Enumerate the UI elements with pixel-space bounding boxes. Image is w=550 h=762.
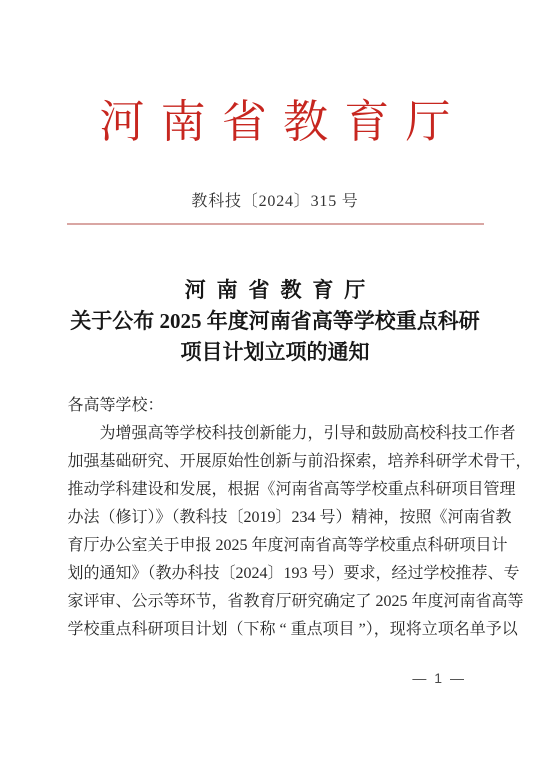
body-line: 学校重点科研项目计划（下称 “ 重点项目 ”），现将立项名单予以: [68, 616, 483, 644]
document-body: 各高等学校： 为增强高等学校科技创新能力，引导和鼓励高校科技工作者 加强基础研究…: [68, 392, 483, 644]
document-title-line2: 关于公布 2025 年度河南省高等学校重点科研: [0, 306, 550, 337]
body-line: 加强基础研究、开展原始性创新与前沿探索，培养科研学术骨干，: [68, 448, 483, 476]
body-line: 划的通知》（教办科技〔2024〕193 号）要求，经过学校推荐、专: [68, 560, 483, 588]
document-page: 河南省教育厅 教科技〔2024〕315 号 河南省教育厅 关于公布 2025 年…: [0, 0, 550, 762]
page-number: — 1 —: [0, 670, 550, 686]
document-title-line3: 项目计划立项的通知: [0, 337, 550, 368]
letterhead-agency-title: 河南省教育厅: [0, 0, 550, 148]
document-number: 教科技〔2024〕315 号: [0, 188, 550, 211]
salutation: 各高等学校：: [68, 392, 483, 420]
document-title-line1: 河南省教育厅: [0, 275, 550, 306]
body-line: 为增强高等学校科技创新能力，引导和鼓励高校科技工作者: [68, 420, 483, 448]
document-title: 河南省教育厅 关于公布 2025 年度河南省高等学校重点科研 项目计划立项的通知: [0, 275, 550, 368]
red-divider-line: [67, 223, 484, 225]
body-line: 推动学科建设和发展，根据《河南省高等学校重点科研项目管理: [68, 476, 483, 504]
body-line: 育厅办公室关于申报 2025 年度河南省高等学校重点科研项目计: [68, 532, 483, 560]
body-line: 办法（修订）》（教科技〔2019〕234 号）精神，按照《河南省教: [68, 504, 483, 532]
body-line: 家评审、公示等环节，省教育厅研究确定了 2025 年度河南省高等: [68, 588, 483, 616]
